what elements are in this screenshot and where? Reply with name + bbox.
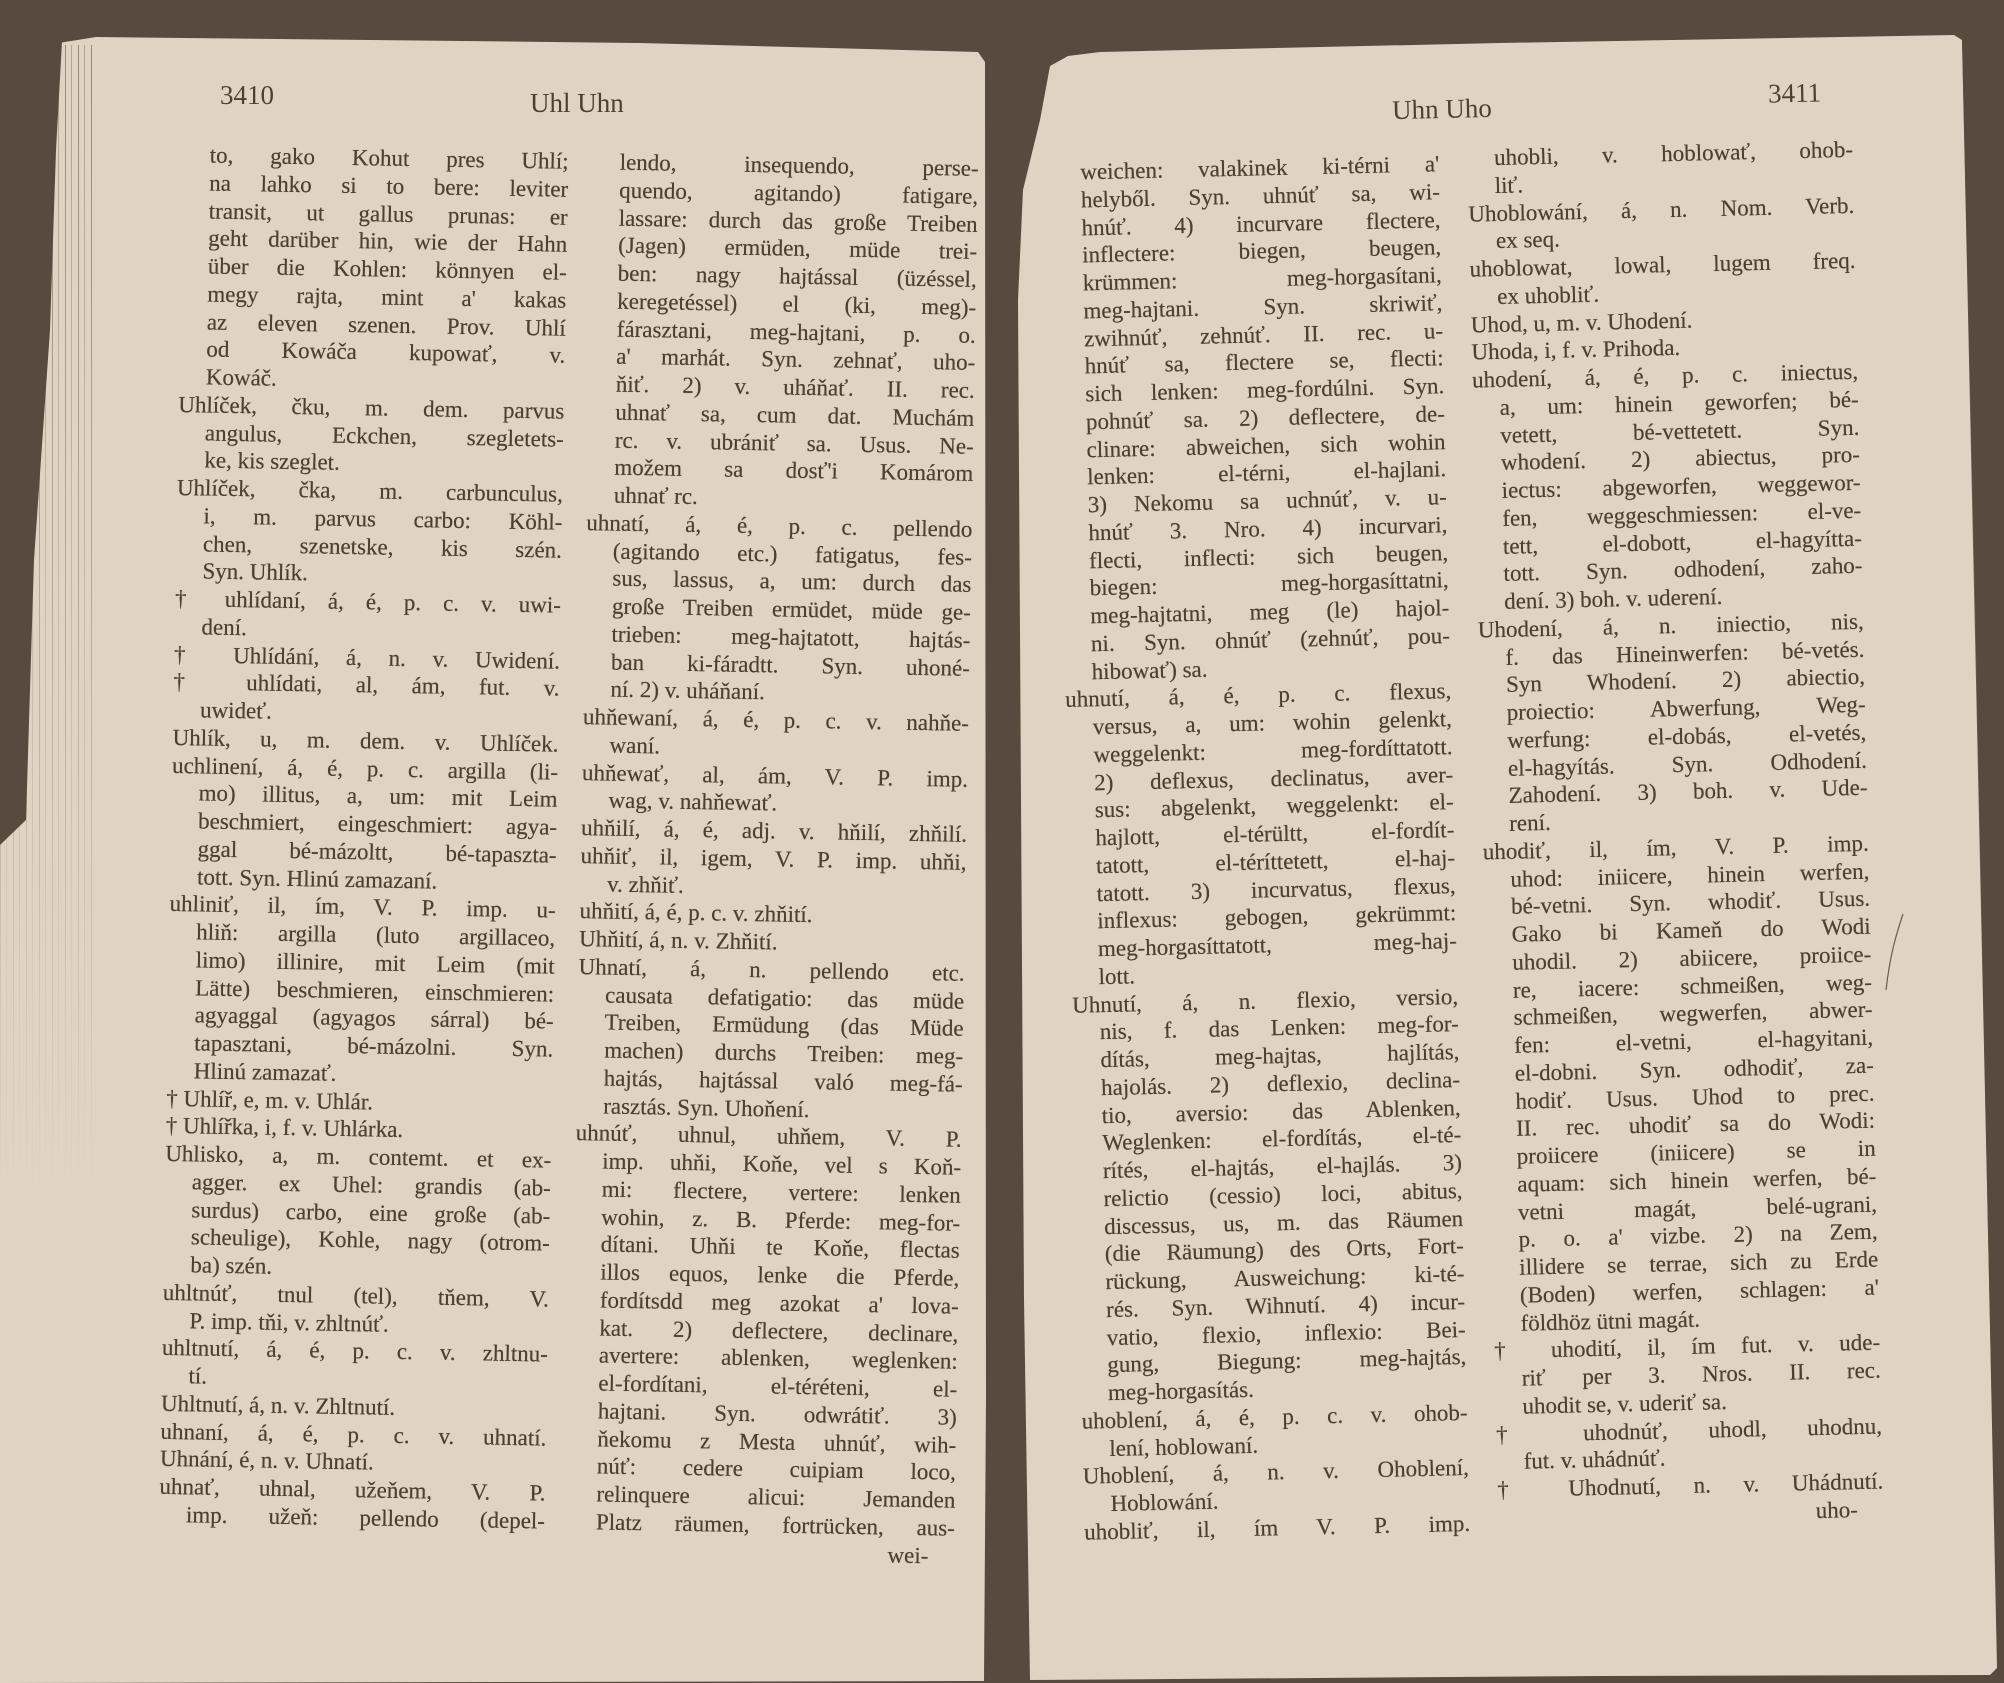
pencil-mark xyxy=(1870,910,1910,1000)
page-edge-texture xyxy=(0,45,96,1195)
page-number-left: 3410 xyxy=(220,80,274,110)
right-page-column-2: uhobli, v. hoblowať, ohob- liť. Uhoblowá… xyxy=(1467,136,1884,1532)
left-page-column-1: to, gako Kohut pres Uhlí; na lahko si to… xyxy=(159,141,569,1535)
running-head-left: Uhl Uhn xyxy=(530,88,624,118)
page-number-right: 3411 xyxy=(1768,77,1822,108)
right-page-column-1: weichen: valakinek ki-térni a' helyből. … xyxy=(1053,150,1470,1546)
left-page-column-2: lendo, insequendo, perse- quendo, agitan… xyxy=(568,148,979,1570)
running-head-right: Uhn Uho xyxy=(1392,93,1492,125)
